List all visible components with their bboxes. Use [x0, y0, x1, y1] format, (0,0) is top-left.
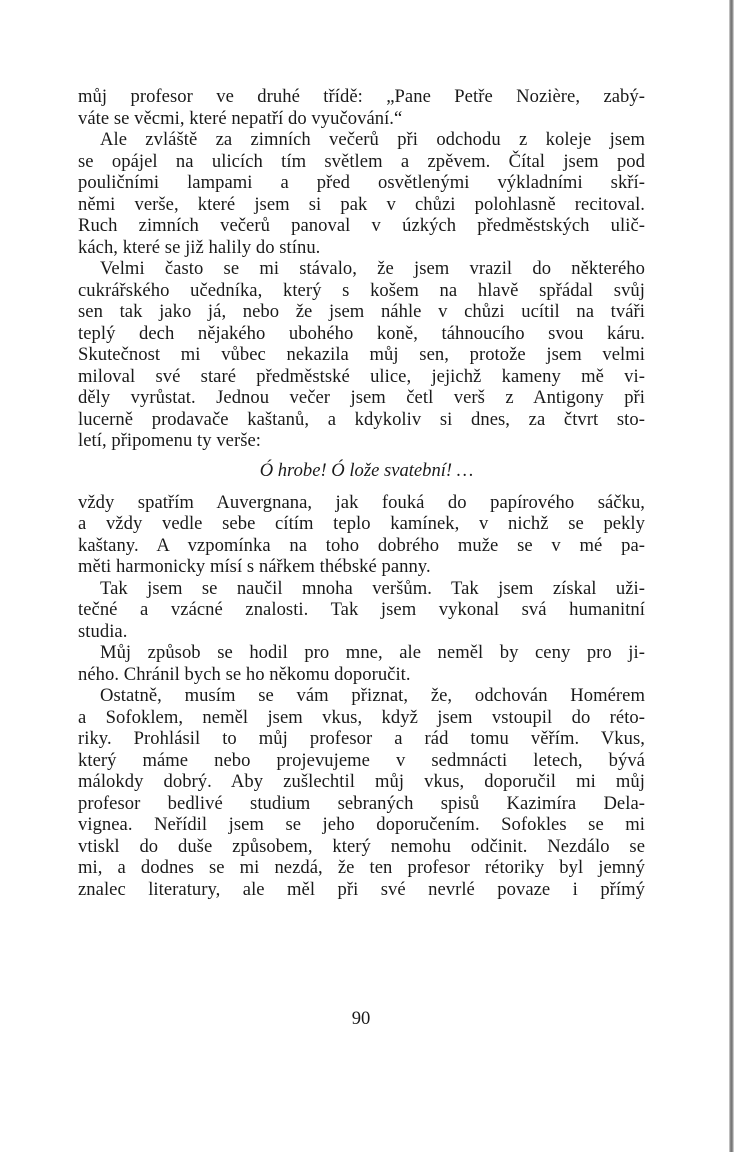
text-line: ného. Chránil bych se ho někomu doporuči…	[78, 664, 645, 686]
text-line: Ruch zimních večerů panoval v úzkých pře…	[78, 215, 645, 237]
text-line: Ale zvláště za zimních večerů při odchod…	[78, 129, 645, 151]
text-block-before-quote: můj profesor ve druhé třídě: „Pane Petře…	[78, 86, 645, 452]
text-line: pouličními lampami a před osvětlenými vý…	[78, 172, 645, 194]
text-line: Skutečnost mi vůbec nekazila můj sen, pr…	[78, 344, 645, 366]
text-line: měti harmonicky mísí s nářkem thébské pa…	[78, 556, 645, 578]
text-line: mi, a dodnes se mi nezdá, že ten profeso…	[78, 857, 645, 879]
text-line: znalec literatury, ale měl při své nevrl…	[78, 879, 645, 901]
text-line: málokdy dobrý. Aby zušlechtil můj vkus, …	[78, 771, 645, 793]
text-line: Ostatně, musím se vám přiznat, že, odcho…	[78, 685, 645, 707]
text-line: teplý dech nějakého ubohého koně, táhnou…	[78, 323, 645, 345]
text-line: tečné a vzácné znalosti. Tak jsem vykona…	[78, 599, 645, 621]
text-line: kách, které se již halily do stínu.	[78, 237, 645, 259]
text-line: můj profesor ve druhé třídě: „Pane Petře…	[78, 86, 645, 108]
text-line: Můj způsob se hodil pro mne, ale neměl b…	[78, 642, 645, 664]
text-line: němi verše, které jsem si pak v chůzi po…	[78, 194, 645, 216]
text-line: děly vyrůstat. Jednou večer jsem četl ve…	[78, 387, 645, 409]
text-line: cukrářského učedníka, který s košem na h…	[78, 280, 645, 302]
text-line: riky. Prohlásil to můj profesor a rád to…	[78, 728, 645, 750]
text-line: a vždy vedle sebe cítím teplo kamínek, v…	[78, 513, 645, 535]
text-line: kaštany. A vzpomínka na toho dobrého muž…	[78, 535, 645, 557]
text-line: vignea. Neřídil jsem se jeho doporučením…	[78, 814, 645, 836]
text-line: lucerně prodavače kaštanů, a kdykoliv si…	[78, 409, 645, 431]
text-line: vtiskl do duše způsobem, který nemohu od…	[78, 836, 645, 858]
text-line: který máme nebo projevujeme v sedmnácti …	[78, 750, 645, 772]
text-line: se opájel na ulicích tím světlem a zpěve…	[78, 151, 645, 173]
text-line: Tak jsem se naučil mnoha veršům. Tak jse…	[78, 578, 645, 600]
book-spine-edge	[729, 0, 734, 1152]
text-line: váte se věcmi, které nepatří do vyučován…	[78, 108, 645, 130]
verse-quote: Ó hrobe! Ó lože svatební! …	[78, 456, 645, 490]
page-body: můj profesor ve druhé třídě: „Pane Petře…	[78, 86, 645, 900]
text-line: miloval své staré předměstské ulice, jej…	[78, 366, 645, 388]
text-line: a Sofoklem, neměl jsem vkus, když jsem v…	[78, 707, 645, 729]
text-line: Velmi často se mi stávalo, že jsem vrazi…	[78, 258, 645, 280]
text-line: letí, připomenu ty verše:	[78, 430, 645, 452]
text-line: vždy spatřím Auvergnana, jak fouká do pa…	[78, 492, 645, 514]
text-block-after-quote: vždy spatřím Auvergnana, jak fouká do pa…	[78, 492, 645, 901]
page-number: 90	[0, 1008, 722, 1030]
text-line: studia.	[78, 621, 645, 643]
text-line: profesor bedlivé studium sebraných spisů…	[78, 793, 645, 815]
text-line: sen tak jako já, nebo že jsem náhle v ch…	[78, 301, 645, 323]
